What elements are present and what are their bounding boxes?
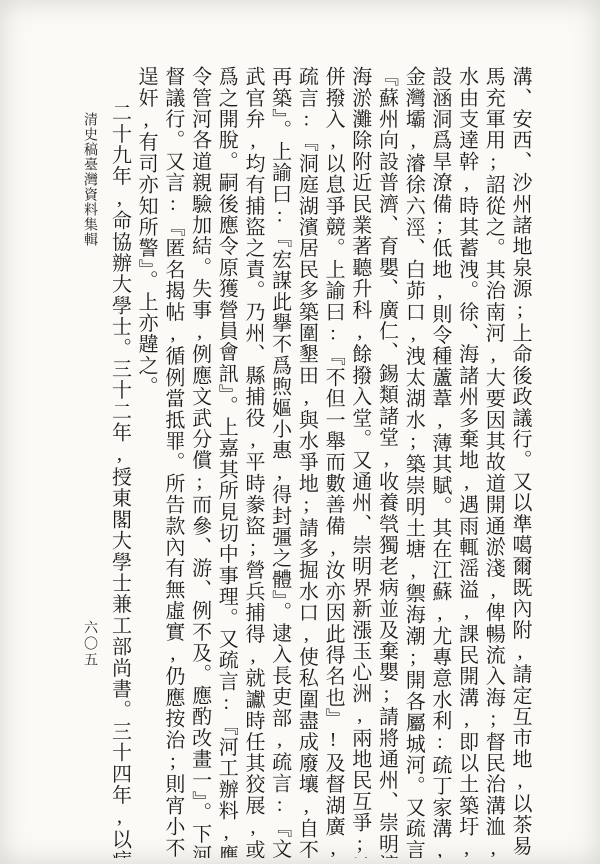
text-column: 疏言:『洞庭湖濱居民多築圍墾田,與水爭地;請多掘水口,使私圍盡成廢壤,自不敢 [293, 66, 320, 858]
text-column-paragraph-start: 二十九年,命協辦大學士。三十二年,授東閣大學士兼工部尚書。三十四年,以病 [106, 66, 133, 858]
main-text-block: 溝、安西、沙州諸地泉源;上命後政議行。又以準噶爾既內附,請定互市地,以茶易 馬充… [106, 66, 533, 858]
text-column: 併撥入,以息爭競。上諭曰:『不但一舉而數善備,汝亦因此得名也』!及督湖廣, [319, 66, 346, 858]
text-column: 逞奸,有司亦知所警』。上亦韙之。 [132, 66, 159, 858]
text-column: 設涵洞爲旱潦備;低地,則令種蘆葦,薄其賦。其在江蘇,尤專意水利:疏丁家溝,展 [426, 66, 453, 858]
text-column: 令管河各道親驗加結。失事,例應文武分償;而參、游、例不及。應酌改畫一』。下河 [186, 66, 213, 858]
text-column: 再築』。上諭曰:『宏謀此擧不爲煦嫗小惠,得封彊之體』。逮入長吏部,疏言:『文 [266, 66, 293, 858]
scanned-book-page: 溝、安西、沙州諸地泉源;上命後政議行。又以準噶爾既內附,請定互市地,以茶易 馬充… [0, 0, 600, 864]
text-column: 金灣壩,濬徐六涇、白茆口,洩太湖水;築崇明土塘,禦海潮;開各屬城河。又疏言: [399, 66, 426, 858]
text-column: 爲之開脫。嗣後應令原獲營員會訊』。上嘉其所見切中事理。又疏言:『河工辦料,應 [213, 66, 240, 858]
text-column: 馬充軍用;詔從之。其治南河,大要因其故道開通淤淺,俾暢流入海;督民治溝洫,引 [480, 66, 507, 858]
text-column: 『蘇州向設普濟、育嬰、廣仁、錫類諸堂,收養煢獨老病並及棄嬰;請將通州、崇明濱 [373, 66, 400, 858]
text-column: 督議行。又言:『匿名揭帖,循例當抵罪。所告款內有無虛實,仍應按治;則宵小不得 [159, 66, 186, 858]
text-column: 溝、安西、沙州諸地泉源;上命後政議行。又以準噶爾既內附,請定互市地,以茶易 [506, 66, 533, 858]
text-column: 海淤灘除附近民業著聽升科,餘撥入堂。又通州、崇明界新漲玉心洲,兩地民互爭;請 [346, 66, 373, 858]
text-column: 水由支達幹,時其蓄洩。徐、海諸州多棄地,遇雨輒滛溢,課民開溝,即以土築圩,多 [453, 66, 480, 858]
page-number: 六〇五 [79, 620, 99, 668]
book-series-title: 清史稿臺灣資料集輯 [79, 112, 99, 247]
text-column: 武官弁,均有捕盜之責。乃州、縣捕役,平時豢盜;營兵捕得,就讞時任其狡展,或且 [239, 66, 266, 858]
